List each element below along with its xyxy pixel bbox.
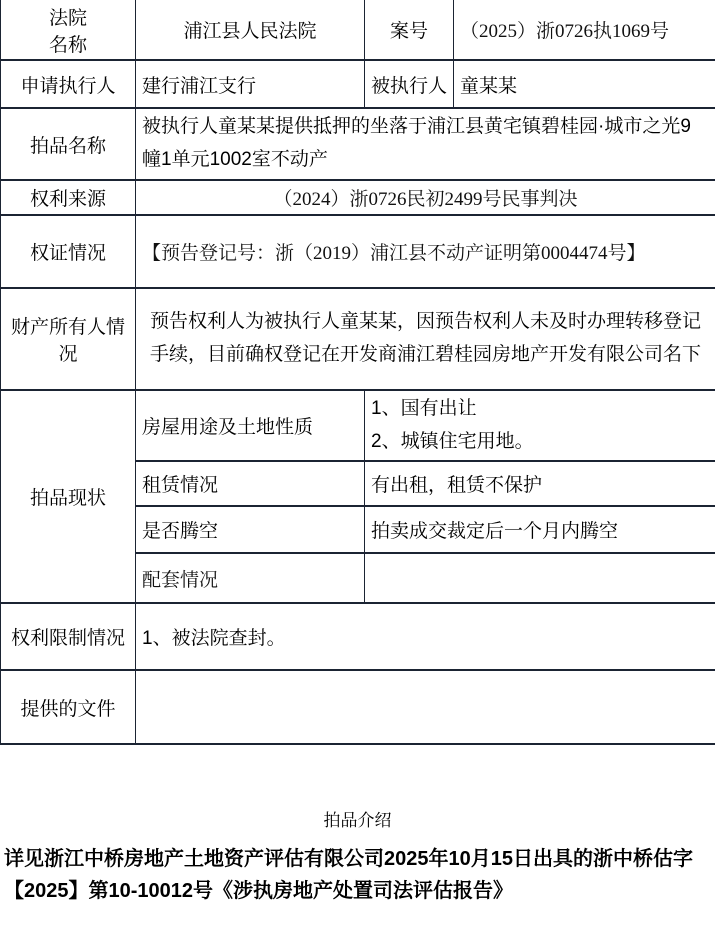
restriction-value: 1、被法院查封。 (136, 603, 715, 670)
facilities-value (365, 553, 715, 603)
applicant-value: 建行浦江支行 (136, 60, 365, 108)
table-row-owner: 财产所有人情况 预告权利人为被执行人童某某，因预告权利人未及时办理转移登记手续，… (1, 288, 715, 390)
item-name-value: 被执行人童某某提供抵押的坐落于浦江县黄宅镇碧桂园·城市之光9幢1单元1002室不… (136, 108, 715, 180)
table-row-documents: 提供的文件 (1, 670, 715, 744)
table-row-restriction: 权利限制情况 1、被法院查封。 (1, 603, 715, 670)
usage-label: 房屋用途及土地性质 (136, 390, 365, 461)
lease-label: 租赁情况 (136, 461, 365, 506)
table-row-status-usage: 拍品现状 房屋用途及土地性质 1、国有出让 2、城镇住宅用地。 (1, 390, 715, 461)
auction-info-table: 法院 名称 浦江县人民法院 案号 （2025）浙0726执1069号 申请执行人… (0, 0, 715, 745)
table-row-right-source: 权利来源 （2024）浙0726民初2499号民事判决 (1, 180, 715, 215)
respondent-value: 童某某 (454, 60, 715, 108)
usage-value: 1、国有出让 2、城镇住宅用地。 (365, 390, 715, 461)
right-source-value: （2024）浙0726民初2499号民事判决 (136, 180, 715, 215)
applicant-label: 申请执行人 (1, 60, 136, 108)
table-row-court: 法院 名称 浦江县人民法院 案号 （2025）浙0726执1069号 (1, 0, 715, 60)
status-label: 拍品现状 (1, 390, 136, 603)
owner-value: 预告权利人为被执行人童某某，因预告权利人未及时办理转移登记手续，目前确权登记在开… (136, 288, 715, 390)
auction-info-document: 法院 名称 浦江县人民法院 案号 （2025）浙0726执1069号 申请执行人… (0, 0, 715, 908)
documents-label: 提供的文件 (1, 670, 136, 744)
section-title: 拍品介绍 (0, 806, 715, 831)
restriction-label: 权利限制情况 (1, 603, 136, 670)
right-source-label: 权利来源 (1, 180, 136, 215)
documents-value (136, 670, 715, 744)
lease-value: 有出租，租赁不保护 (365, 461, 715, 506)
certificate-value: 【预告登记号：浙（2019）浦江县不动产证明第0004474号】 (136, 215, 715, 288)
vacancy-value: 拍卖成交裁定后一个月内腾空 (365, 506, 715, 553)
case-number-value: （2025）浙0726执1069号 (454, 0, 715, 60)
vacancy-label: 是否腾空 (136, 506, 365, 553)
table-row-item-name: 拍品名称 被执行人童某某提供抵押的坐落于浦江县黄宅镇碧桂园·城市之光9幢1单元1… (1, 108, 715, 180)
table-row-certificate: 权证情况 【预告登记号：浙（2019）浦江县不动产证明第0004474号】 (1, 215, 715, 288)
case-number-label: 案号 (365, 0, 454, 60)
court-name-label: 法院 名称 (1, 0, 136, 60)
facilities-label: 配套情况 (136, 553, 365, 603)
respondent-label: 被执行人 (365, 60, 454, 108)
table-row-parties: 申请执行人 建行浦江支行 被执行人 童某某 (1, 60, 715, 108)
item-description: 详见浙江中桥房地产土地资产评估有限公司2025年10月15日出具的浙中桥估字【2… (0, 844, 715, 907)
court-name-value: 浦江县人民法院 (136, 0, 365, 60)
owner-label: 财产所有人情况 (1, 288, 136, 390)
item-name-label: 拍品名称 (1, 108, 136, 180)
certificate-label: 权证情况 (1, 215, 136, 288)
